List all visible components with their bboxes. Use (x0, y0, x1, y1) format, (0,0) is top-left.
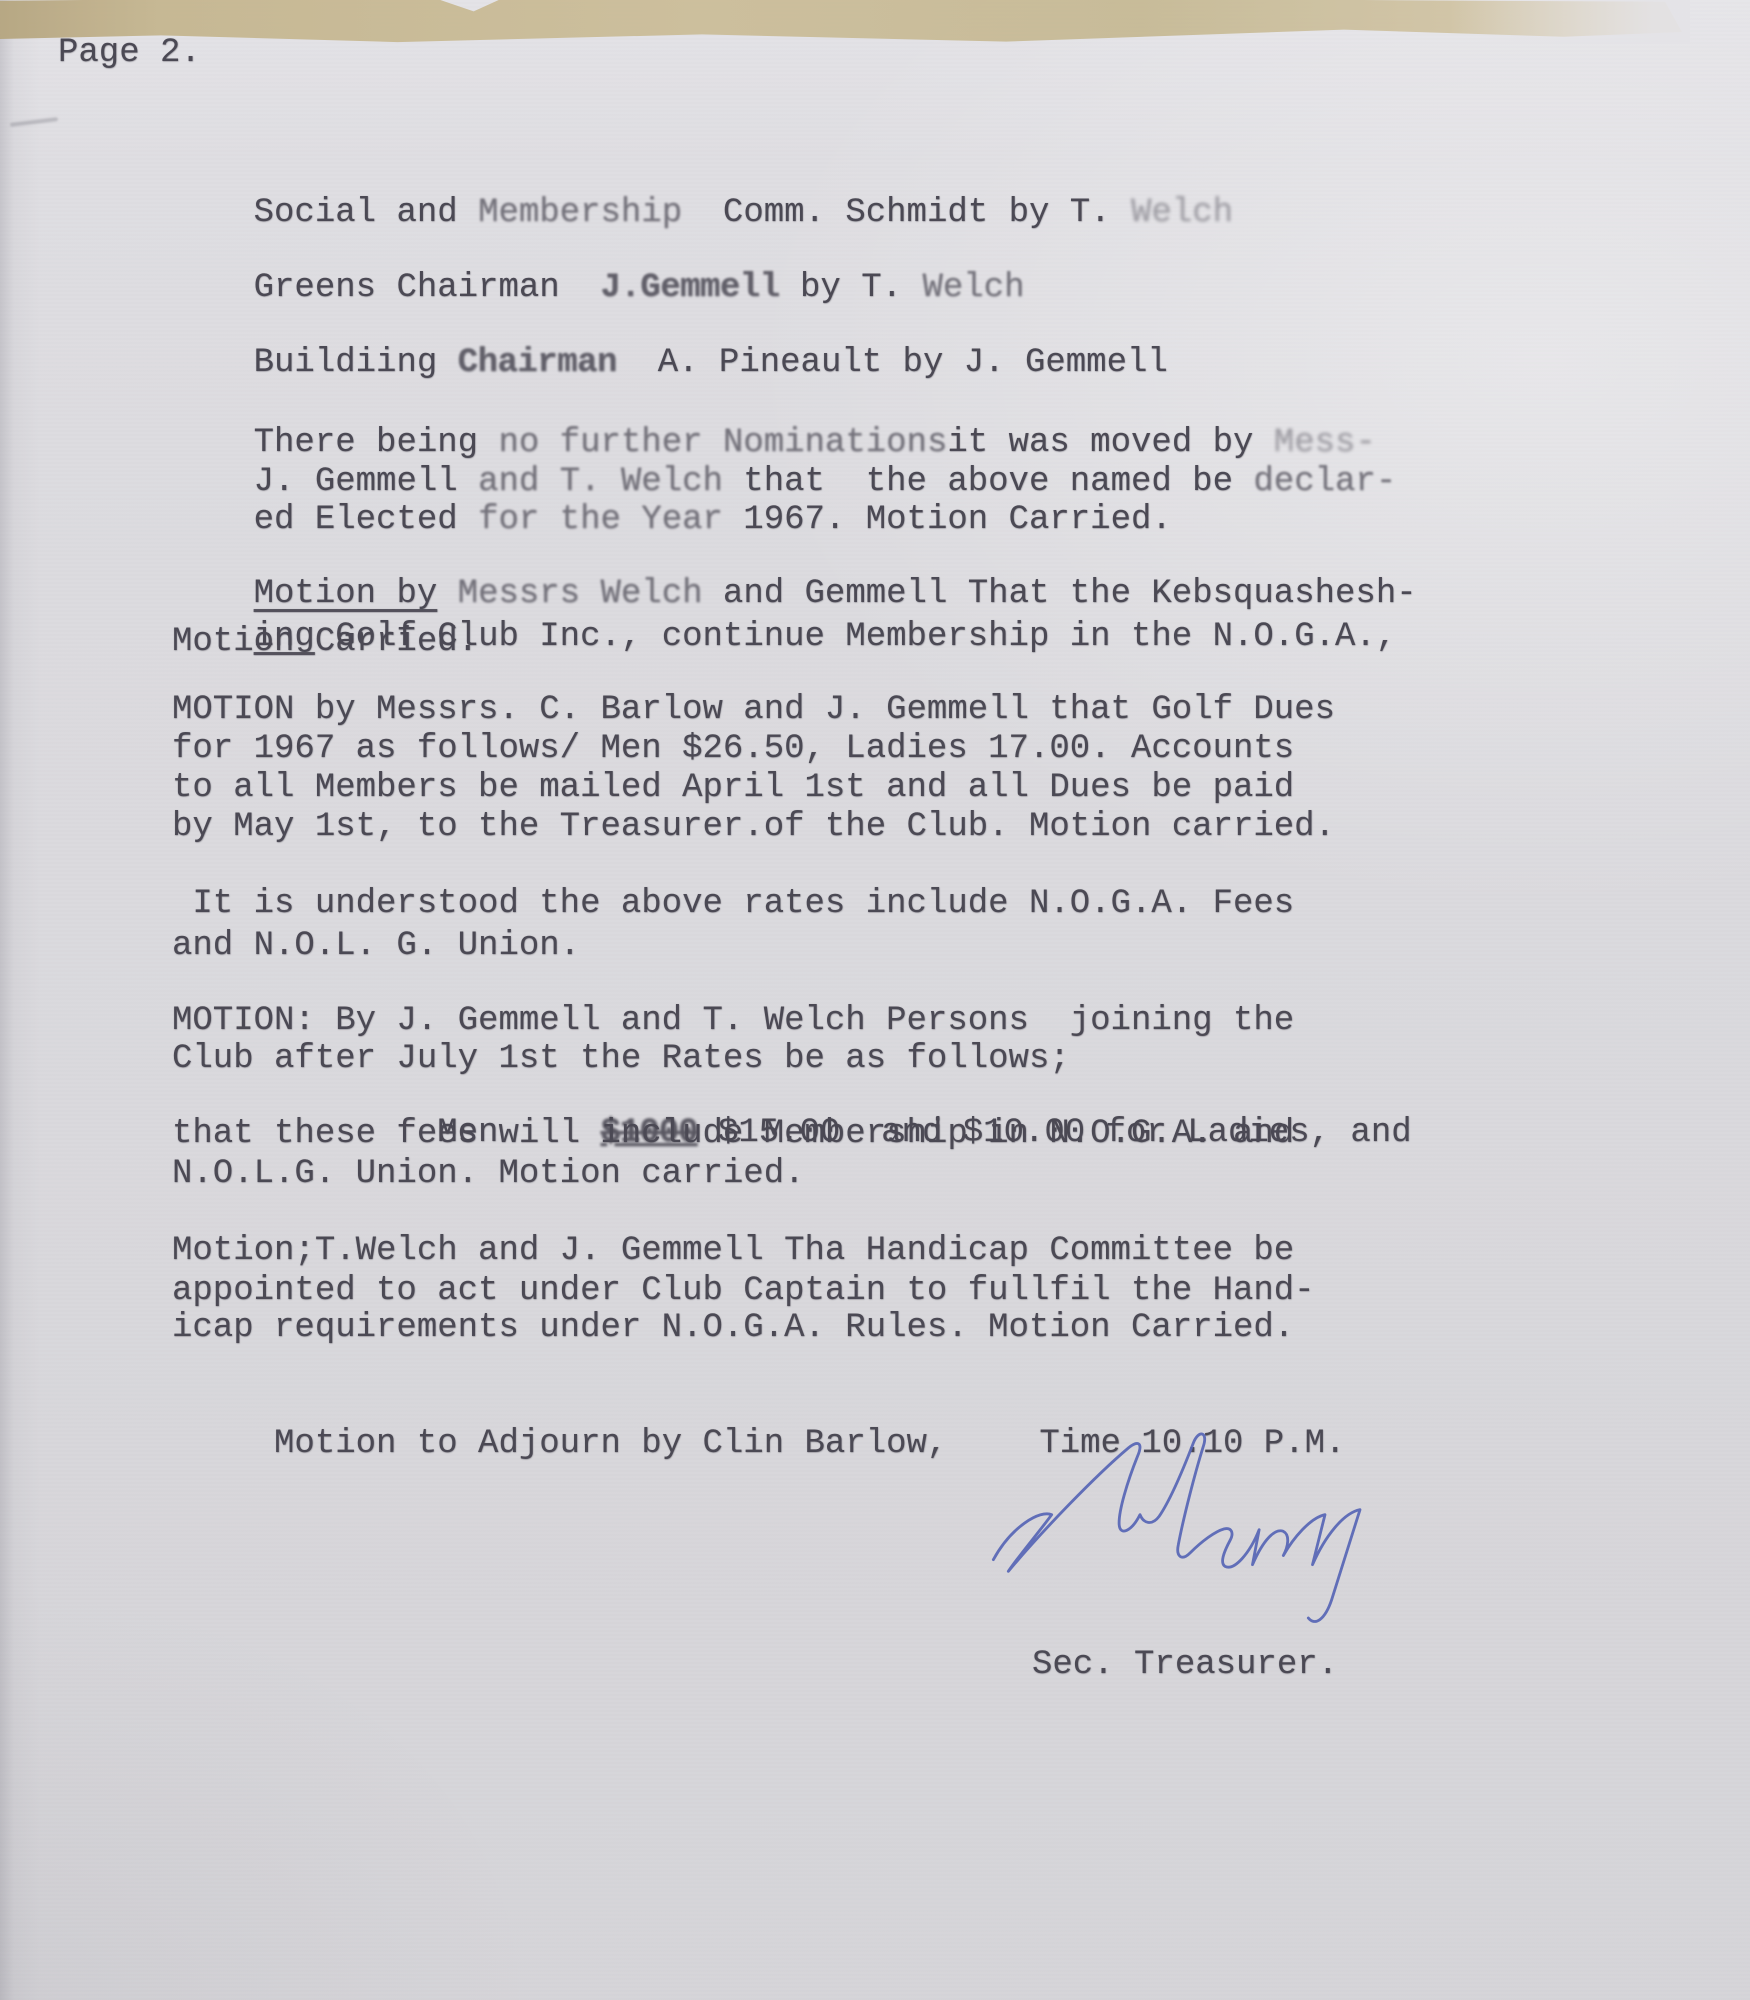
seg-greens-faded: Welch (922, 269, 1024, 307)
pencil-mark (10, 117, 58, 127)
line-handicap-2: appointed to act under Club Captain to f… (172, 1272, 1315, 1310)
line-july-1: MOTION: By J. Gemmell and T. Welch Perso… (172, 1002, 1294, 1040)
line-july-4: that these fees will include Membership … (172, 1115, 1294, 1153)
seg-building-smudged: Chairman (458, 344, 617, 382)
line-july-5: N.O.L.G. Union. Motion carried. (172, 1155, 805, 1193)
seg-social-faded: Membership (478, 194, 682, 232)
seg-building-mid: A. Pineault by J. Gemmell (617, 344, 1168, 382)
seg-greens-smudged: J.Gemmell (600, 269, 779, 307)
tape-strip-fade (1450, 0, 1690, 44)
seg-nom3-faded: for the Year (478, 501, 723, 539)
seg-nom2-faded2: declar- (1253, 463, 1396, 501)
signature-ink (975, 1428, 1375, 1628)
seg-social-faded2: Welch (1131, 194, 1233, 232)
seg-adjourn-motion: Motion to Adjourn by Clin Barlow, (254, 1425, 948, 1463)
seg-greens-mid: by T. (780, 269, 923, 307)
seg-social-mid: Comm. Schmidt by T. (682, 194, 1131, 232)
seg-greens-pre: Greens Chairman (254, 269, 601, 307)
seg-social-pre: Social and (254, 194, 478, 232)
seg-nom3-pre: ed Elected (254, 501, 478, 539)
line-handicap-1: Motion;T.Welch and J. Gemmell Tha Handic… (172, 1232, 1294, 1270)
seg-nom3-mid: 1967. Motion Carried. (723, 501, 1172, 539)
signature (975, 1428, 1375, 1628)
line-july-2: Club after July 1st the Rates be as foll… (172, 1040, 1070, 1078)
line-handicap-3: icap requirements under N.O.G.A. Rules. … (172, 1309, 1294, 1347)
line-rates-note-1: It is understood the above rates include… (172, 885, 1294, 923)
line-dues-4: by May 1st, to the Treasurer.of the Club… (172, 808, 1335, 846)
line-dues-1: MOTION by Messrs. C. Barlow and J. Gemme… (172, 691, 1335, 729)
line-dues-3: to all Members be mailed April 1st and a… (172, 769, 1294, 807)
line-rates-note-2: and N.O.L. G. Union. (172, 927, 580, 965)
line-dues-2: for 1967 as follows/ Men $26.50, Ladies … (172, 730, 1294, 768)
page-number: Page 2. (58, 34, 201, 72)
document-page: Page 2. Social and Membership Comm. Schm… (0, 0, 1750, 2000)
seg-building-pre: Buildiing (254, 344, 458, 382)
line-noga-3: Motion Carried. (172, 623, 478, 661)
tape-strip (0, 0, 1682, 44)
sec-treasurer-label: Sec. Treasurer. (1032, 1646, 1338, 1684)
